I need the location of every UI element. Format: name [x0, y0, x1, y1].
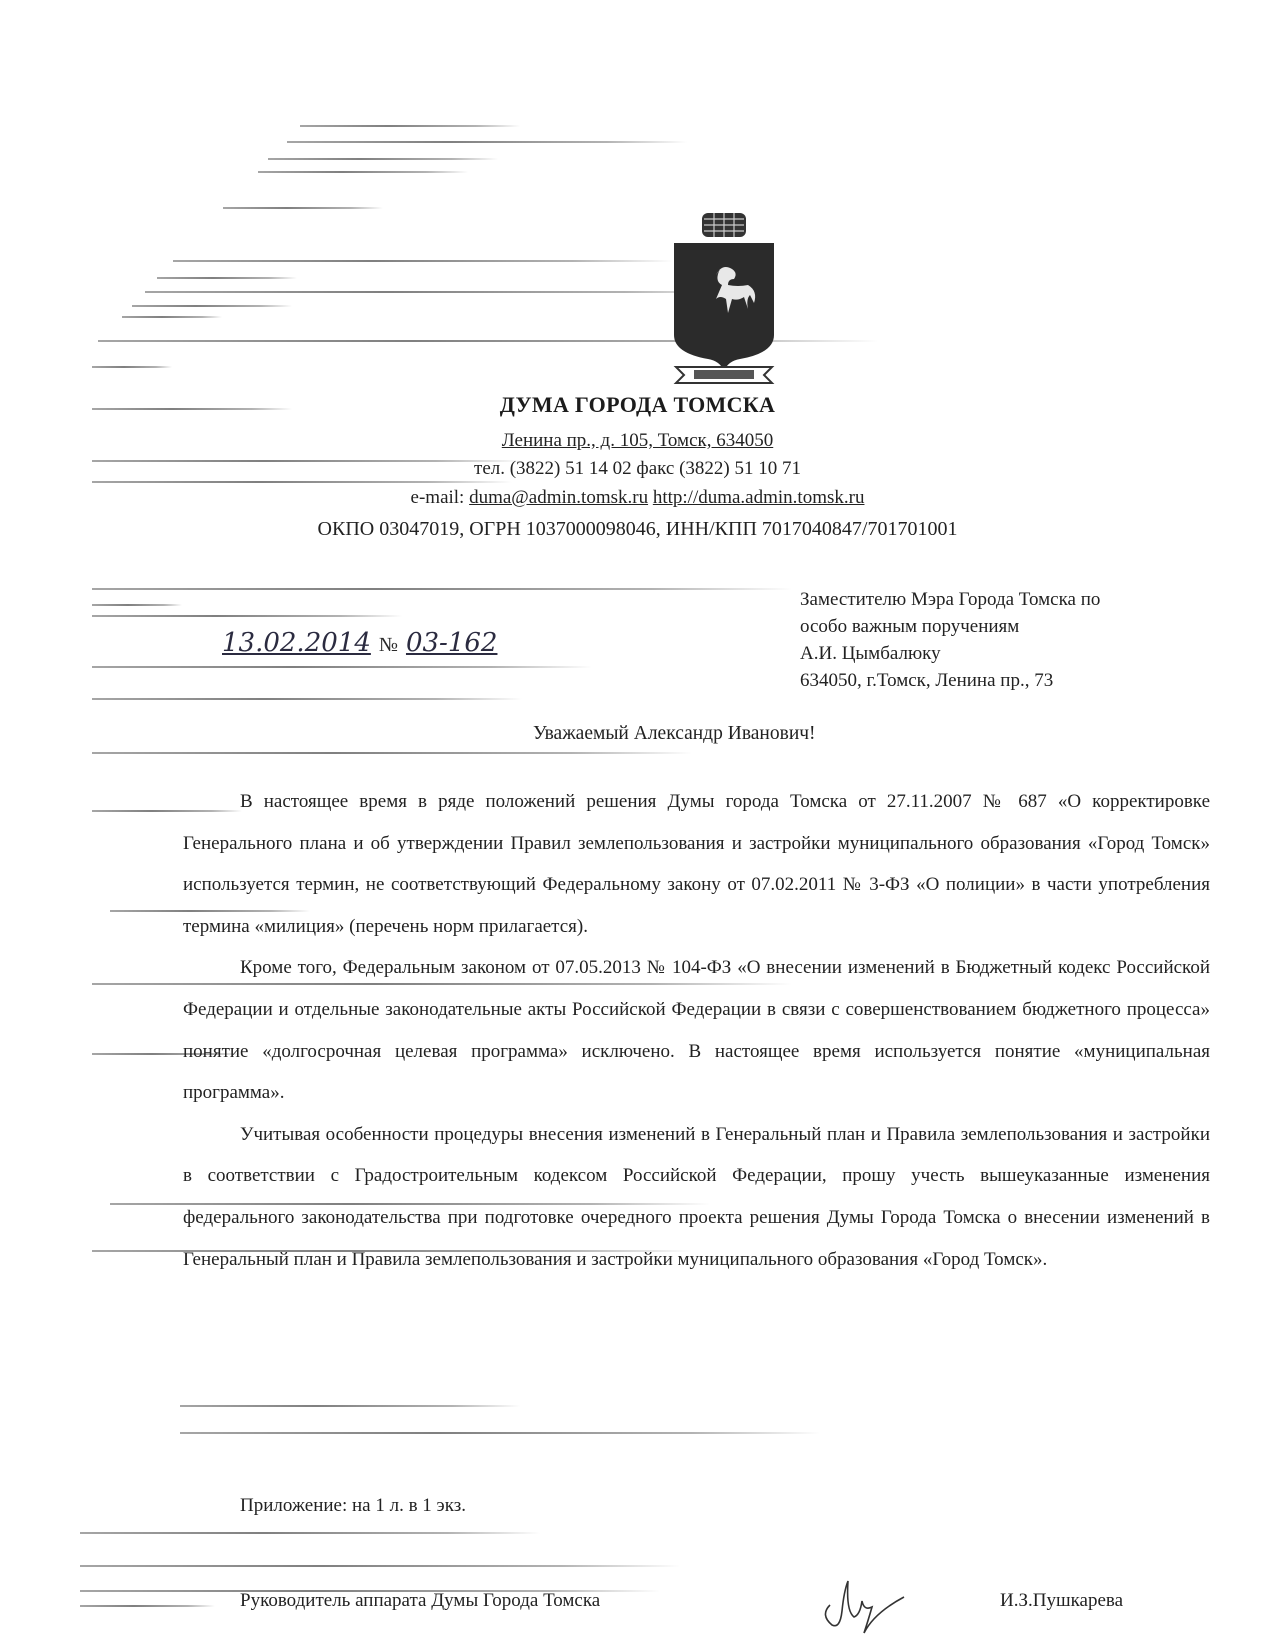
- organization-requisites: ОКПО 03047019, ОГРН 1037000098046, ИНН/К…: [0, 518, 1275, 541]
- email-label: e-mail:: [411, 487, 465, 508]
- scan-artifact-line: [92, 615, 402, 617]
- organization-address: Ленина пр., д. 105, Томск, 634050: [0, 430, 1275, 452]
- scan-artifact-line: [287, 141, 687, 143]
- recipient-line: А.И. Цымбалюку: [800, 640, 1100, 667]
- appendix-note: Приложение: на 1 л. в 1 экз.: [240, 1495, 466, 1517]
- organization-contacts: e-mail: duma@admin.tomsk.ru http://duma.…: [0, 487, 1275, 509]
- scan-artifact-line: [180, 1405, 520, 1407]
- recipient-line: особо важным поручениям: [800, 613, 1100, 640]
- scan-artifact-line: [300, 125, 520, 127]
- scan-artifact-line: [180, 1432, 820, 1434]
- scan-artifact-line: [258, 171, 468, 173]
- signatory-role: Руководитель аппарата Думы Города Томска: [240, 1590, 600, 1612]
- scan-artifact-line: [268, 158, 498, 160]
- outgoing-number: 03-162: [406, 628, 498, 658]
- scan-artifact-line: [132, 305, 292, 307]
- scan-artifact-line: [122, 316, 222, 318]
- salutation: Уважаемый Александр Иванович!: [533, 723, 816, 745]
- organization-phone-fax: тел. (3822) 51 14 02 факс (3822) 51 10 7…: [0, 458, 1275, 480]
- scan-artifact-line: [92, 588, 792, 590]
- signatory-name: И.З.Пушкарева: [1000, 1590, 1123, 1612]
- scan-artifact-line: [92, 698, 522, 700]
- outgoing-reference: 13.02.2014 № 03-162: [222, 628, 497, 658]
- recipient-line: Заместителю Мэра Города Томска по: [800, 586, 1100, 613]
- scan-artifact-line: [92, 752, 692, 754]
- website-link[interactable]: http://duma.admin.tomsk.ru: [653, 487, 865, 508]
- number-sign: №: [379, 634, 398, 656]
- scan-artifact-line: [92, 604, 182, 606]
- scan-artifact-line: [80, 1532, 540, 1534]
- scan-artifact-line: [92, 481, 512, 483]
- organization-title: ДУМА ГОРОДА ТОМСКА: [0, 392, 1275, 418]
- handwritten-signature-icon: [810, 1565, 920, 1645]
- scan-artifact-line: [80, 1565, 680, 1567]
- coat-of-arms-icon: [668, 205, 780, 390]
- email-link[interactable]: duma@admin.tomsk.ru: [469, 487, 648, 508]
- scan-artifact-line: [173, 260, 673, 262]
- letter-body: В настоящее время в ряде положений решен…: [183, 781, 1210, 1280]
- scan-artifact-line: [80, 1605, 215, 1607]
- scan-artifact-line: [223, 207, 383, 209]
- body-paragraph: В настоящее время в ряде положений решен…: [183, 781, 1210, 947]
- body-paragraph: Учитывая особенности процедуры внесения …: [183, 1114, 1210, 1280]
- scan-artifact-line: [145, 291, 745, 293]
- recipient-line: 634050, г.Томск, Ленина пр., 73: [800, 667, 1100, 694]
- body-paragraph: Кроме того, Федеральным законом от 07.05…: [183, 947, 1210, 1113]
- scan-artifact-line: [92, 666, 592, 668]
- recipient-block: Заместителю Мэра Города Томска по особо …: [800, 586, 1100, 694]
- outgoing-date: 13.02.2014: [222, 628, 371, 658]
- scan-artifact-line: [92, 366, 172, 368]
- scan-artifact-line: [157, 277, 297, 279]
